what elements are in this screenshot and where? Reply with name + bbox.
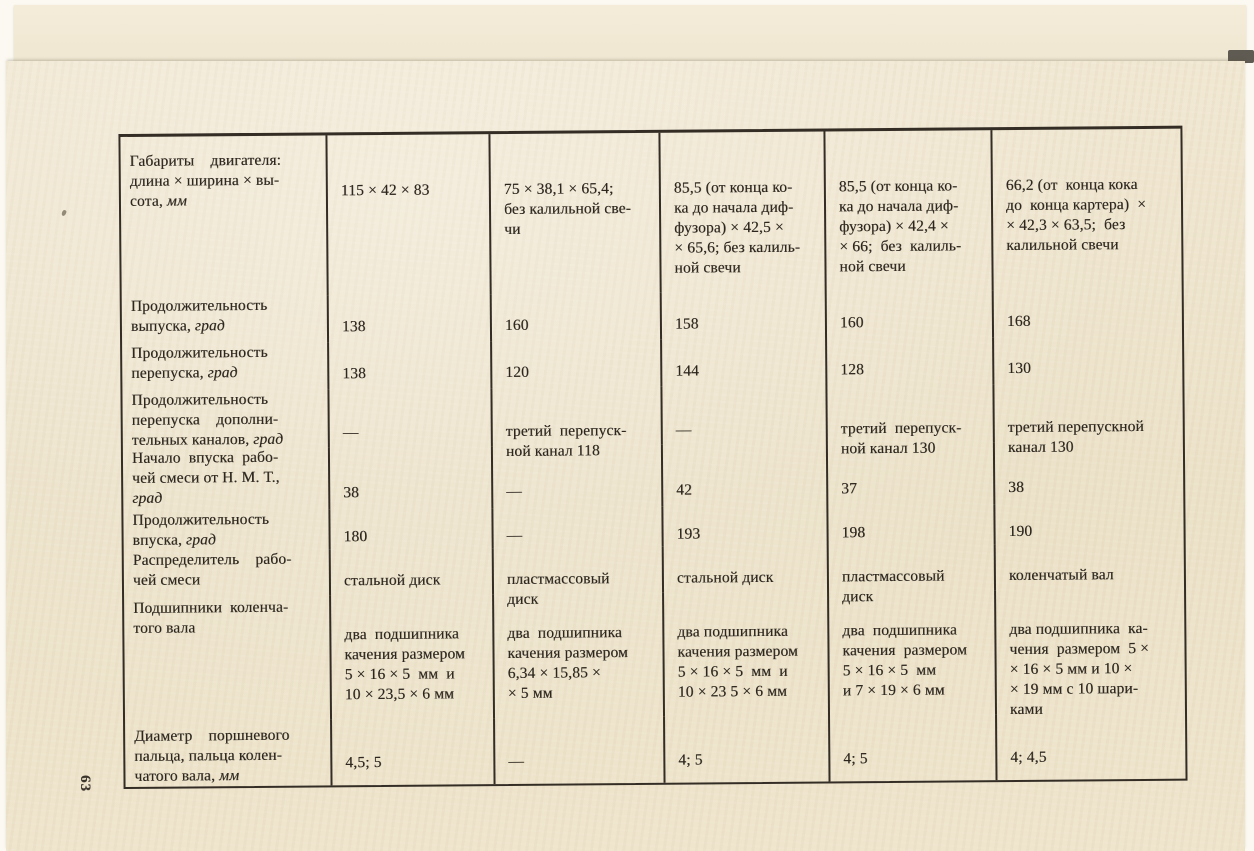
table-cell: — [660,385,825,444]
table-cell: пластмассовый диск [827,544,994,591]
row-label: Начало впуска рабо- чей смеси от Н. М. Т… [123,447,328,511]
table-cell: 38 [328,446,491,509]
table-cell: 168 [992,289,1182,337]
table-cell: 193 [661,505,826,546]
table-cell: третий перепускной канал 130 [992,383,1182,442]
table-cell: два подшипника качения размером 6,34 × 1… [492,593,663,718]
table-cell: 75 × 38,1 × 65,4; без калильной све- чи [488,133,659,294]
adjacent-page-edge [14,5,1246,62]
table-cell: — [491,507,661,548]
table-cell: 4; 5 [663,715,829,782]
unit-label: град [186,531,216,548]
row-label: Габариты двигателя: длина × ширина × вы-… [120,135,326,297]
table-cell: стальной диск [329,548,492,595]
table-cell: 115 × 42 × 83 [325,134,489,295]
row-label: Продолжительность перепуска, град [122,342,327,391]
table-cell: — [493,717,664,784]
table-cell: два подшипника качения размером 5 × 16 ×… [662,591,828,716]
table-cell: два подшипника качения размером 5 × 16 ×… [329,594,493,719]
table-cell: 198 [826,504,993,545]
table-cell: 190 [993,503,1183,544]
table-cell: 66,2 (от конца кока до конца картера) × … [990,129,1181,290]
page-number: 63 [76,775,93,792]
table-cell: 144 [660,338,825,386]
table-cell: 160 [825,290,992,338]
specifications-table: Габариты двигателя: длина × ширина × вы-… [118,126,1187,789]
table-cell: третий перепуск- ной канал 130 [825,384,992,443]
unit-label: мм [219,767,239,784]
table-cell: — [491,445,661,508]
row-label: Диаметр поршневого пальца, пальца колен-… [125,719,331,787]
row-label: Продолжительность впуска, град [123,509,328,551]
scanned-page: 63 Габариты двигателя: длина × ширина × … [6,61,1245,851]
row-label: Продолжительность перепуска дополни- тел… [122,389,327,449]
table-cell: 42 [661,443,826,506]
unit-label: град [195,317,225,334]
table-cell: 37 [826,442,993,505]
table-cell: 158 [660,291,825,339]
row-label: Распределитель рабо- чей смеси [124,549,329,597]
table-cell: 85,5 (от конца ко- ка до начала диф- фуз… [658,131,824,292]
table-cell: 138 [327,294,490,342]
table-cell: 120 [490,340,660,388]
table-cell: 160 [490,293,660,341]
table-cell: стальной диск [662,545,827,592]
row-label: Подшипники коленча- того вала [124,595,330,721]
ink-speck [61,209,67,216]
table-cell: — [327,388,490,447]
table-cell: два подшипника качения размером 5 × 16 ×… [827,590,995,715]
table-cell: пластмассовый диск [492,547,662,594]
table-cell: 4; 5 [828,714,996,781]
table-cell: 130 [992,336,1182,384]
table-cell: два подшипника ка- чения размером 5 × × … [994,589,1185,714]
table-cell: 128 [825,337,992,385]
unit-label: град [208,364,238,381]
table-cell: 85,5 (от конца ко- ка до начала диф- фуз… [823,130,991,291]
table-cell: третий перепуск- ной канал 118 [490,387,660,446]
table-cell: 138 [327,341,490,389]
table-cell: 4,5; 5 [330,718,494,785]
spec-table-grid: Габариты двигателя: длина × ширина × вы-… [118,126,1187,789]
row-label: Продолжительность выпуска, град [122,295,327,344]
unit-label: мм [167,192,187,209]
table-cell: 4; 4,5 [995,713,1186,780]
table-cell: 38 [993,441,1183,504]
table-cell: коленчатый вал [994,543,1184,590]
table-cell: 180 [328,508,491,549]
unit-label: град [132,490,162,507]
unit-label: град [253,431,283,448]
